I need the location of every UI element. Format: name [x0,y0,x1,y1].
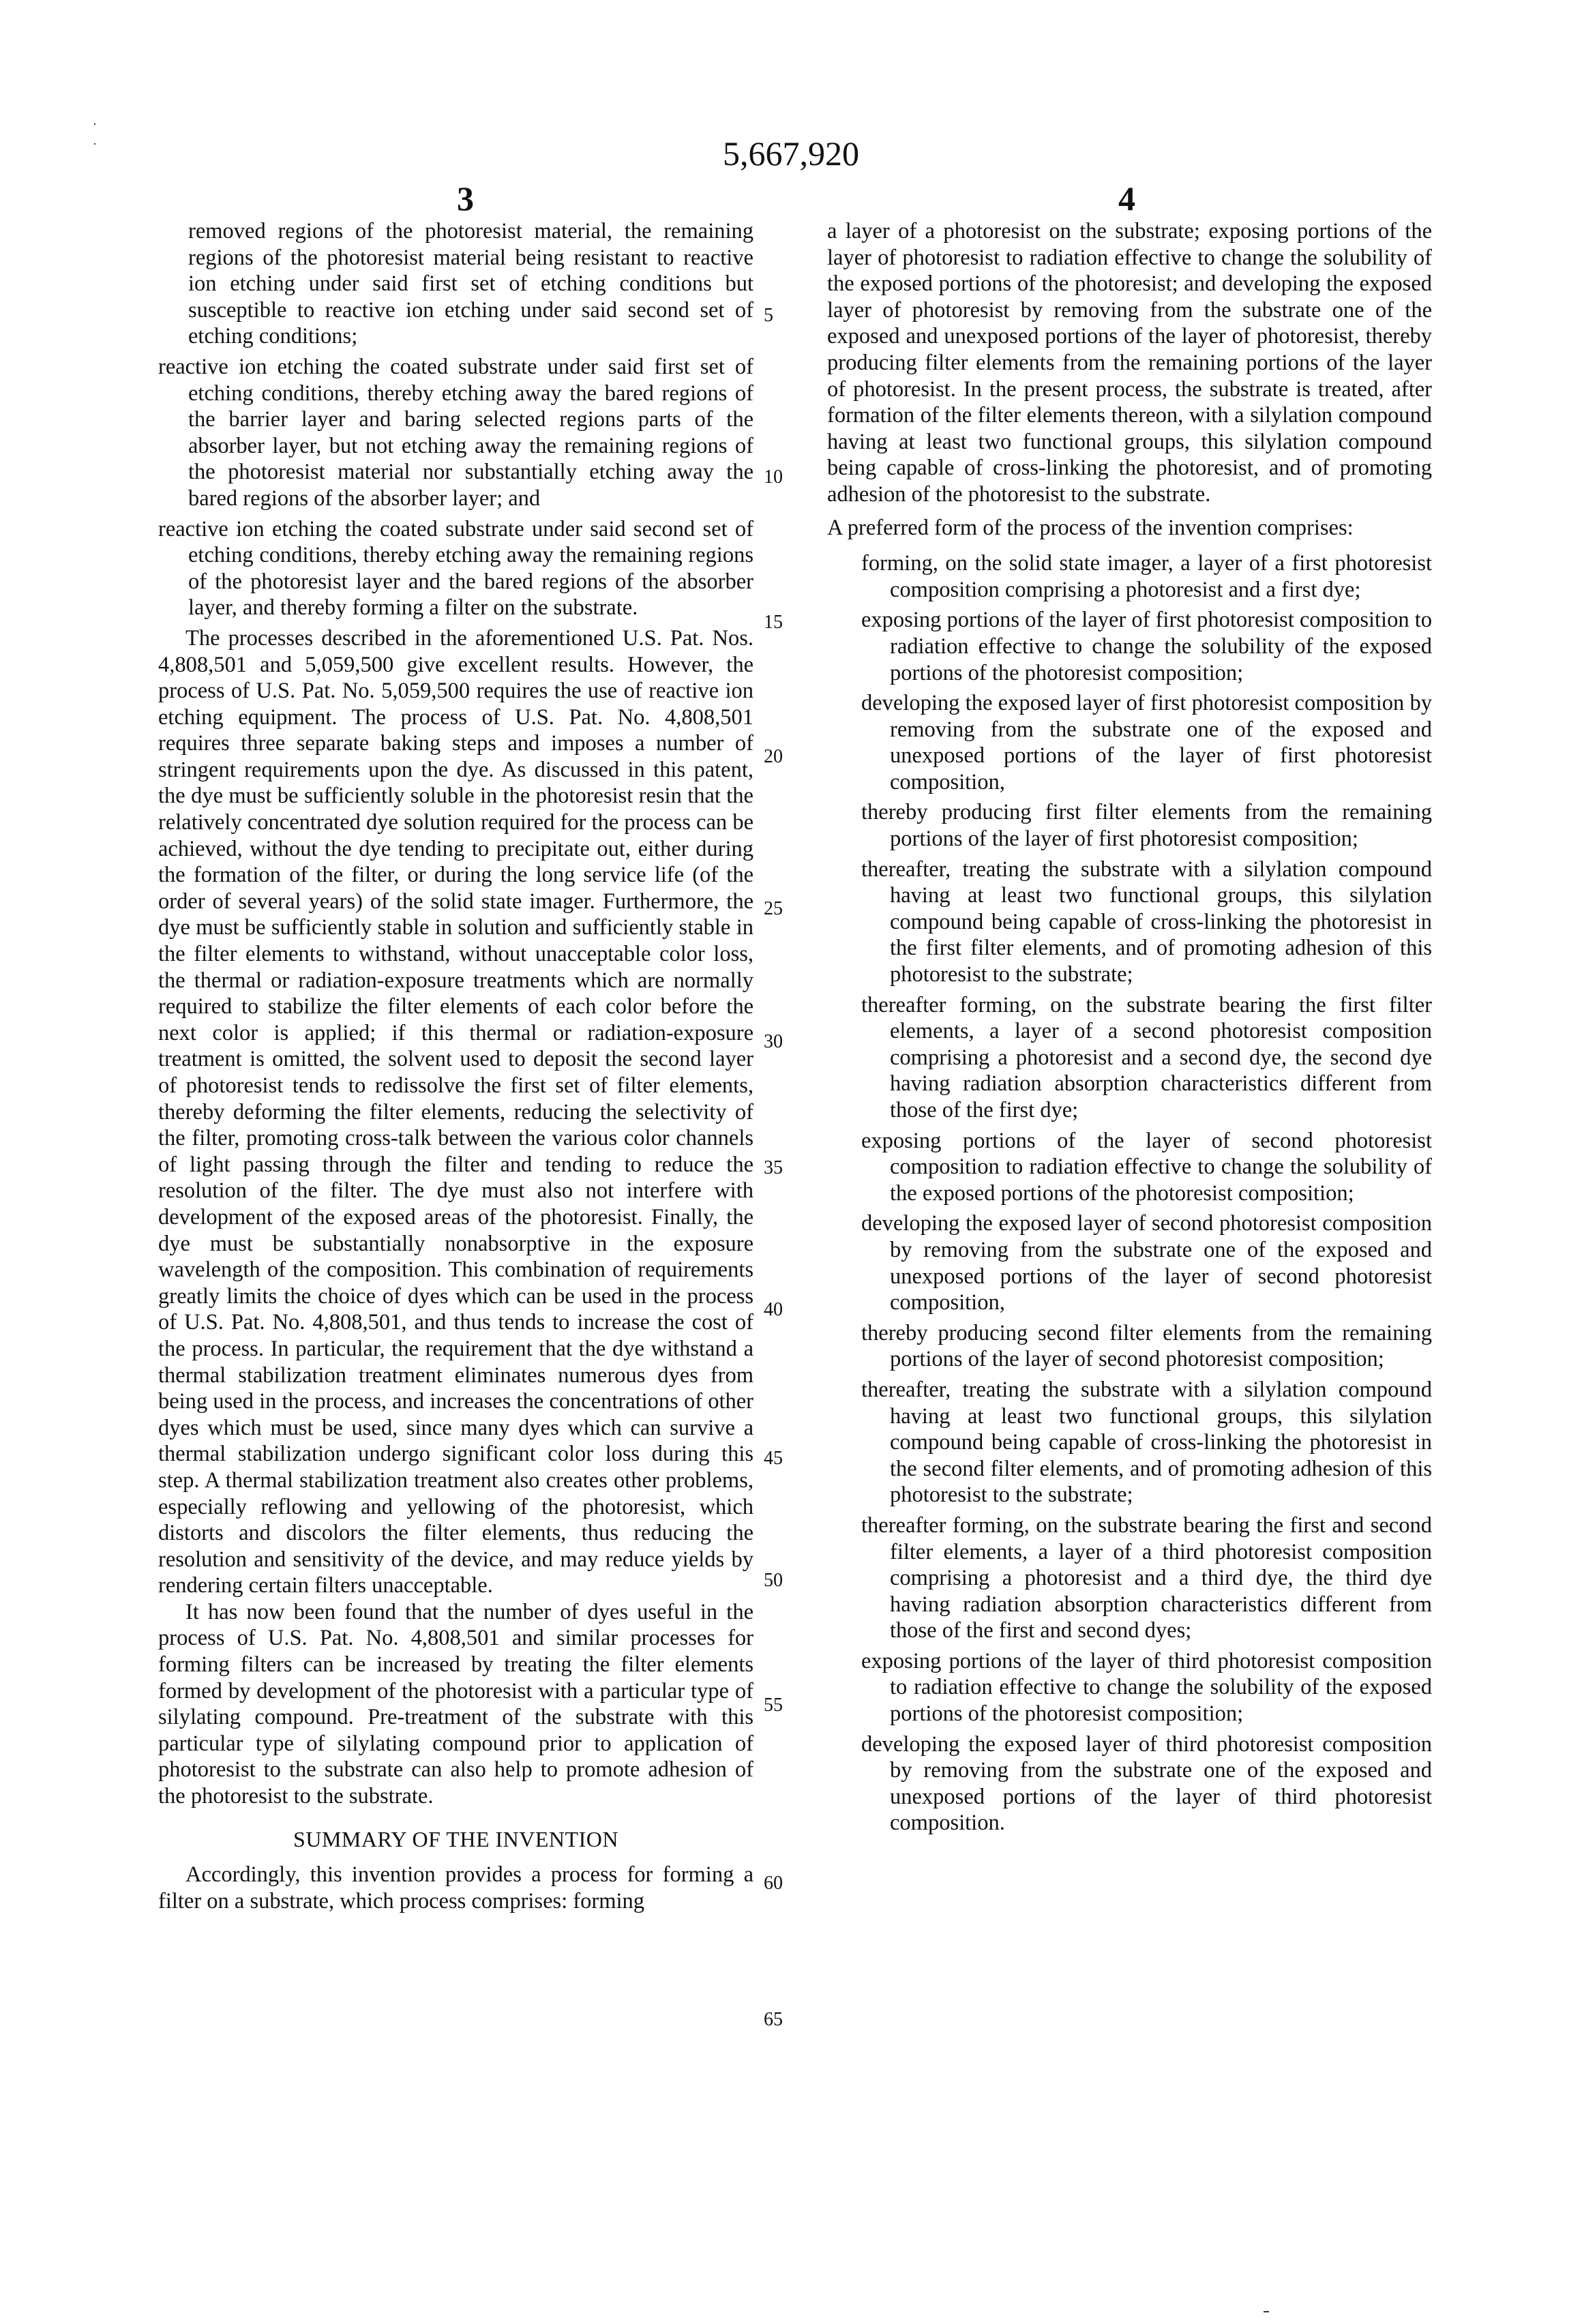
opening-paragraph: a layer of a photoresist on the substrat… [827,218,1432,508]
claim-step-first-etch: reactive ion etching the coated substrat… [158,354,753,512]
preferred-form-paragraph: A preferred form of the process of the i… [827,515,1432,541]
claim-step-continuation: removed regions of the photoresist mater… [188,218,753,350]
line-number: 55 [764,1695,783,1716]
scan-speck [94,143,95,145]
silylating-paragraph: It has now been found that the number of… [158,1599,753,1810]
line-number: 40 [764,1299,783,1321]
process-step: thereafter, treating the substrate with … [861,856,1432,988]
process-step: developing the exposed layer of third ph… [861,1731,1432,1836]
process-step: thereby producing second filter elements… [861,1320,1432,1373]
left-text-column: removed regions of the photoresist mater… [158,218,753,1914]
process-step: thereby producing first filter elements … [861,799,1432,852]
process-step: developing the exposed layer of second p… [861,1210,1432,1315]
process-step: exposing portions of the layer of second… [861,1128,1432,1207]
scan-speck [94,123,95,125]
section-heading-summary: SUMMARY OF THE INVENTION [158,1826,753,1853]
process-step: thereafter, treating the substrate with … [861,1377,1432,1508]
process-step: forming, on the solid state imager, a la… [861,550,1432,603]
line-number: 60 [764,1873,783,1894]
process-step: developing the exposed layer of first ph… [861,690,1432,795]
process-step: exposing portions of the layer of third … [861,1648,1432,1727]
column-number-left: 3 [457,179,474,218]
claim-step-second-etch: reactive ion etching the coated substrat… [158,516,753,621]
line-number: 25 [764,898,783,920]
process-step: thereafter forming, on the substrate bea… [861,1513,1432,1644]
line-number: 30 [764,1031,783,1053]
scan-speck [1264,2311,1269,2312]
column-number-right: 4 [1118,179,1135,218]
line-number: 45 [764,1448,783,1470]
line-number: 50 [764,1570,783,1592]
process-step: exposing portions of the layer of first … [861,607,1432,686]
line-number: 5 [764,305,773,327]
line-number: 15 [764,612,783,634]
background-paragraph: The processes described in the aforement… [158,625,753,1599]
line-number: 20 [764,746,783,768]
process-step: thereafter forming, on the substrate bea… [861,992,1432,1124]
summary-paragraph: Accordingly, this invention provides a p… [158,1862,753,1914]
right-text-column: a layer of a photoresist on the substrat… [827,218,1432,1841]
patent-number: 5,667,920 [0,134,1582,173]
line-number: 35 [764,1157,783,1179]
line-number: 10 [764,466,783,488]
line-number: 65 [764,2009,783,2031]
